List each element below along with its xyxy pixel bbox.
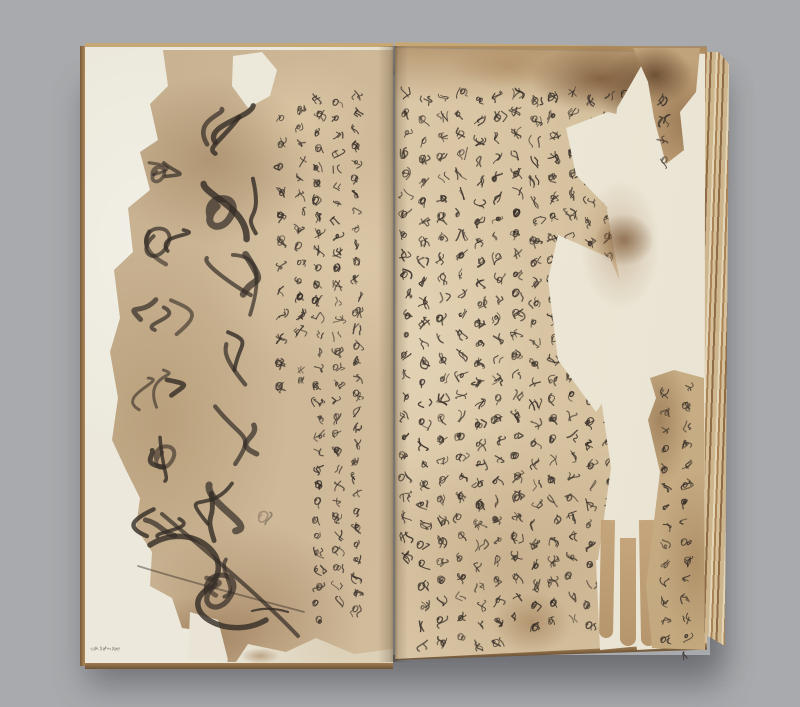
stain-blob [492, 592, 572, 654]
stain-blob [240, 648, 280, 664]
fore-edge-page-stack [703, 52, 729, 646]
stain-blob [580, 180, 660, 310]
manuscript-photo: 久指眾羅手筆絕 于於西般帶乎 郭逵備嘗典先朔因軍爭兩不違乏核石相觝公常戒子弟曰若… [0, 0, 800, 707]
gutter-shadow [378, 46, 408, 662]
stain-blob [448, 44, 568, 88]
stain-drip [599, 520, 615, 638]
stain-drip [620, 538, 636, 646]
